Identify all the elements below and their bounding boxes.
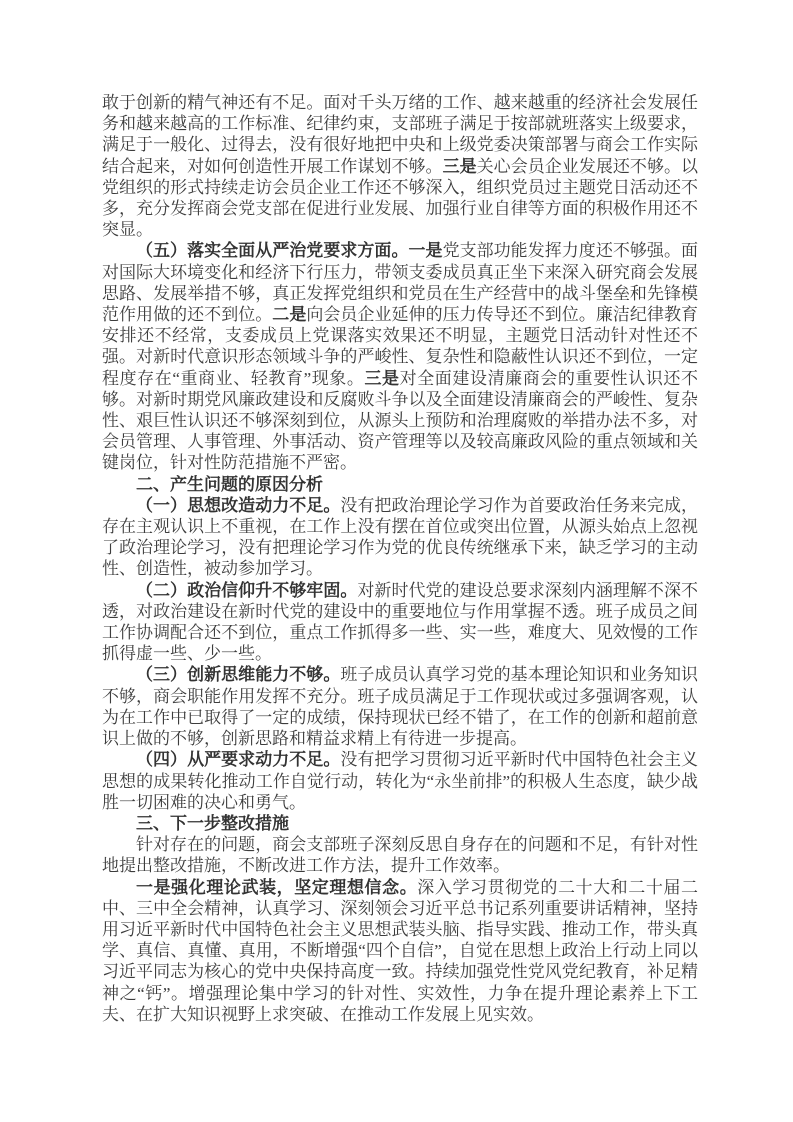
paragraph: 针对存在的问题，商会支部班子深刻反思自身存在的问题和不足，有针对性地提出整改措施… [102,834,698,876]
emphasis-text: 三是 [364,369,399,388]
emphasis-text: （三）创新思维能力不够。 [136,665,340,684]
body-text: 针对存在的问题，商会支部班子深刻反思自身存在的问题和不足，有针对性地提出整改措施… [102,835,698,875]
section-heading: 二、产生问题的原因分析 [102,474,698,495]
section-heading: 三、下一步整改措施 [102,813,698,834]
emphasis-text: 二、产生问题的原因分析 [136,475,323,494]
emphasis-text: （五）落实全面从严治党要求方面。一是 [136,241,443,260]
paragraph: （五）落实全面从严治党要求方面。一是党支部功能发挥力度还不够强。面对国际大环境变… [102,240,698,473]
emphasis-text: 三是 [443,157,477,176]
body-text: 深入学习贯彻党的二十大和二十届二中、三中全会精神，认真学习、深刻领会习近平总书记… [102,878,698,1024]
emphasis-text: 二是 [272,305,306,324]
document-body: 敢于创新的精气神还有不足。面对千头万绪的工作、越来越重的经济社会发展任务和越来越… [102,92,698,1025]
paragraph: （二）政治信仰升不够牢固。对新时代党的建设总要求深刻内涵理解不深不透，对政治建设… [102,580,698,665]
emphasis-text: （二）政治信仰升不够牢固。 [136,581,357,600]
paragraph: 敢于创新的精气神还有不足。面对千头万绪的工作、越来越重的经济社会发展任务和越来越… [102,92,698,240]
emphasis-text: 一是强化理论武装，坚定理想信念。 [136,878,417,897]
emphasis-text: （四）从严要求动力不足。 [136,750,340,769]
emphasis-text: （一）思想改造动力不足。 [136,496,340,515]
paragraph: （三）创新思维能力不够。班子成员认真学习党的基本理论知识和业务知识不够，商会职能… [102,664,698,749]
emphasis-text: 三、下一步整改措施 [136,814,289,833]
paragraph: （四）从严要求动力不足。没有把学习贯彻习近平新时代中国特色社会主义思想的成果转化… [102,749,698,813]
document-page: 敢于创新的精气神还有不足。面对千头万绪的工作、越来越重的经济社会发展任务和越来越… [0,0,793,1122]
paragraph: （一）思想改造动力不足。没有把政治理论学习作为首要政治任务来完成，存在主观认识上… [102,495,698,580]
paragraph: 一是强化理论武装，坚定理想信念。深入学习贯彻党的二十大和二十届二中、三中全会精神… [102,877,698,1025]
